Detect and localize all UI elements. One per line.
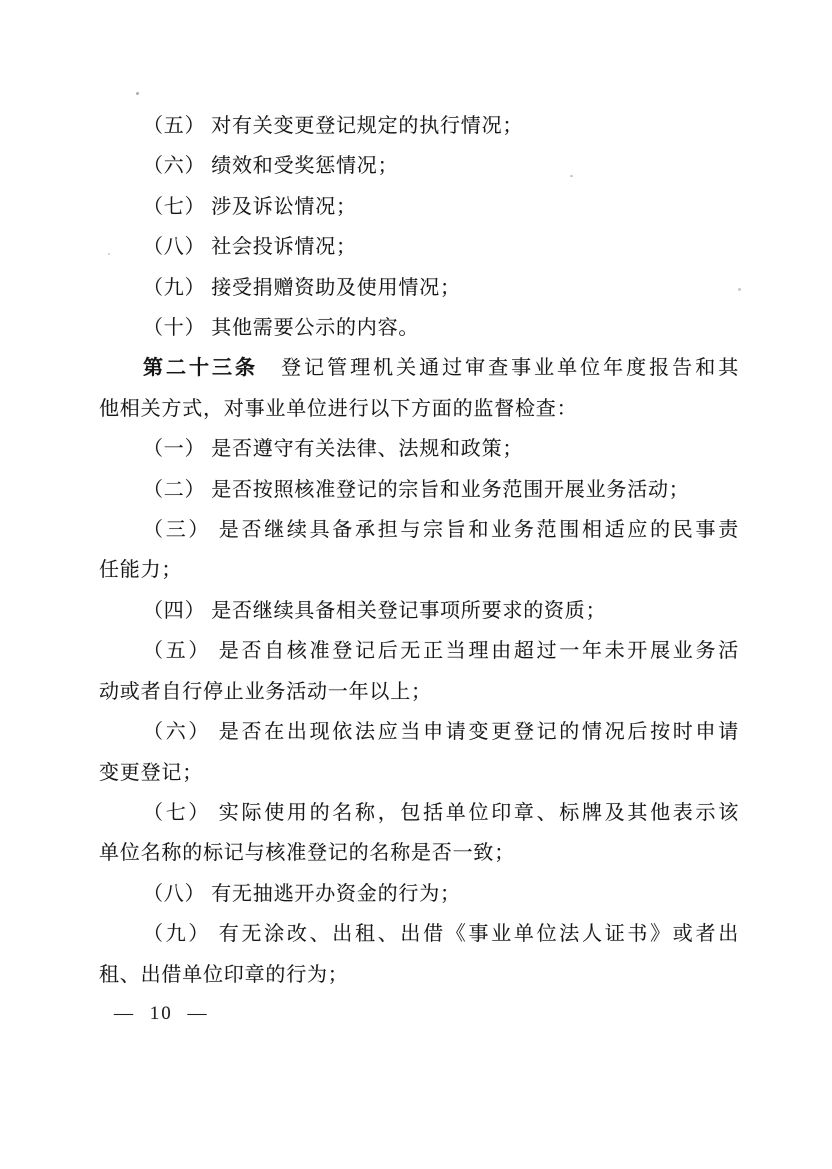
text-line: （二） 是否按照核准登记的宗旨和业务范围开展业务活动；: [99, 470, 739, 510]
line-text: （六） 绩效和受奖惩情况；: [143, 155, 398, 177]
document-page: （五） 对有关变更登记规定的执行情况；（六） 绩效和受奖惩情况；（七） 涉及诉讼…: [0, 0, 832, 1169]
text-line: （五） 是否自核准登记后无正当理由超过一年未开展业务活: [99, 631, 739, 671]
scan-speck: [570, 175, 573, 177]
text-line: （六） 绩效和受奖惩情况；: [99, 146, 739, 186]
line-text: 租、出借单位印章的行为；: [99, 964, 349, 986]
text-line: （六） 是否在出现依法应当申请变更登记的情况后按时申请: [99, 712, 739, 752]
text-line: 租、出借单位印章的行为；: [99, 955, 739, 995]
line-text: （九） 接受捐赠资助及使用情况；: [143, 277, 461, 299]
text-line: （七） 实际使用的名称，包括单位印章、标牌及其他表示该: [99, 793, 739, 833]
text-line: （八） 有无抽逃开办资金的行为；: [99, 874, 739, 914]
text-line: （九） 接受捐赠资助及使用情况；: [99, 268, 739, 308]
text-line: 他相关方式，对事业单位进行以下方面的监督检查：: [99, 389, 739, 429]
text-line: （四） 是否继续具备相关登记事项所要求的资质；: [99, 591, 739, 631]
text-line: （三） 是否继续具备承担与宗旨和业务范围相适应的民事责: [99, 510, 739, 550]
text-line: （七） 涉及诉讼情况；: [99, 187, 739, 227]
scan-speck: [738, 288, 741, 291]
text-line: （十） 其他需要公示的内容。: [99, 308, 739, 348]
line-text: （八） 有无抽逃开办资金的行为；: [143, 883, 461, 905]
scan-speck: [108, 253, 110, 255]
scan-speck: [136, 92, 139, 95]
page-number: — 10 —: [114, 1002, 209, 1026]
line-text: （四） 是否继续具备相关登记事项所要求的资质；: [143, 600, 606, 622]
text-line: （九） 有无涂改、出租、出借《事业单位法人证书》或者出: [99, 914, 739, 954]
document-body: （五） 对有关变更登记规定的执行情况；（六） 绩效和受奖惩情况；（七） 涉及诉讼…: [99, 106, 739, 995]
text-line: 变更登记；: [99, 753, 739, 793]
line-text: （五） 对有关变更登记规定的执行情况；: [143, 115, 523, 137]
line-text: 变更登记；: [99, 762, 203, 784]
text-line: （一） 是否遵守有关法律、法规和政策；: [99, 429, 739, 469]
line-text: 动或者自行停止业务活动一年以上；: [99, 681, 432, 703]
line-text: （一） 是否遵守有关法律、法规和政策；: [143, 438, 523, 460]
line-text: （三） 是否继续具备承担与宗旨和业务范围相适应的民事责: [143, 519, 739, 541]
text-line: （五） 对有关变更登记规定的执行情况；: [99, 106, 739, 146]
text-line: 动或者自行停止业务活动一年以上；: [99, 672, 739, 712]
article-number: 第二十三条: [143, 357, 258, 379]
text-line: 单位名称的标记与核准登记的名称是否一致；: [99, 833, 739, 873]
line-text: 登记管理机关通过审查事业单位年度报告和其: [258, 357, 739, 379]
text-line: 第二十三条 登记管理机关通过审查事业单位年度报告和其: [99, 348, 739, 388]
line-text: 他相关方式，对事业单位进行以下方面的监督检查：: [99, 398, 577, 420]
line-text: 单位名称的标记与核准登记的名称是否一致；: [99, 842, 515, 864]
line-text: （七） 实际使用的名称，包括单位印章、标牌及其他表示该: [143, 802, 739, 824]
line-text: （七） 涉及诉讼情况；: [143, 196, 357, 218]
line-text: （六） 是否在出现依法应当申请变更登记的情况后按时申请: [143, 721, 739, 743]
line-text: （五） 是否自核准登记后无正当理由超过一年未开展业务活: [143, 640, 739, 662]
text-line: 任能力；: [99, 550, 739, 590]
line-text: （二） 是否按照核准登记的宗旨和业务范围开展业务活动；: [143, 479, 690, 501]
text-line: （八） 社会投诉情况；: [99, 227, 739, 267]
line-text: （八） 社会投诉情况；: [143, 236, 357, 258]
line-text: （十） 其他需要公示的内容。: [143, 317, 419, 339]
scan-speck: [300, 117, 302, 119]
line-text: （九） 有无涂改、出租、出借《事业单位法人证书》或者出: [143, 923, 739, 945]
line-text: 任能力；: [99, 559, 182, 581]
